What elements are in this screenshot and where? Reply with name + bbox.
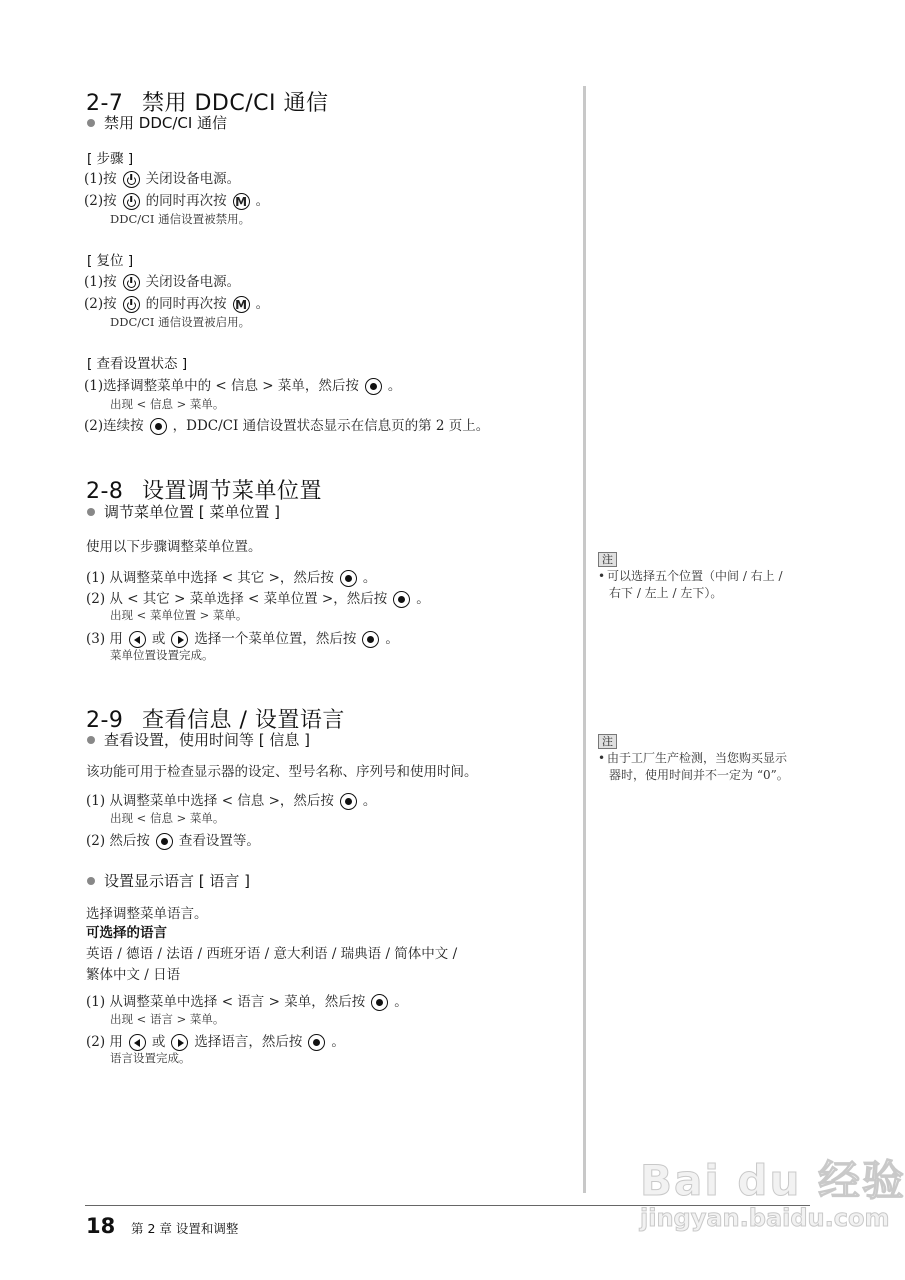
left-button-icon [129,1034,146,1051]
step-suffix: 。 [394,994,408,1010]
enter-button-icon [156,833,173,850]
subheading-language: 设置显示语言 [ 语言 ] [84,870,250,891]
step-text: 的同时再次按 [146,193,227,209]
step-suffix: 。 [331,1034,345,1050]
step-3-sub: 菜单位置设置完成。 [110,647,214,663]
note-line: •由于工厂生产检测，当您购买显示 [598,750,789,767]
step-text: 查看设置等。 [179,833,260,849]
bullet-icon [87,736,95,744]
step-or: 或 [152,631,166,647]
subheading-menu-position: 调节菜单位置 [ 菜单位置 ] [84,501,280,522]
subheading-text: 设置显示语言 [ 语言 ] [104,872,250,890]
subheading-disable-ddcci: 禁用 DDC/CI 通信 [84,112,227,133]
intro-text: 该功能可用于检查显示器的设定、型号名称、序列号和使用时间。 [86,760,478,780]
step-text: (1) 从调整菜单中选择 < 其它 >，然后按 [86,570,334,586]
language-list-line-1: 英语 / 德语 / 法语 / 西班牙语 / 意大利语 / 瑞典语 / 简体中文 … [86,942,457,962]
steps-label: [ 步骤 ] [87,147,133,167]
enter-button-icon [393,591,410,608]
status-step-1: (1)选择调整菜单中的 < 信息 > 菜单，然后按。 [84,374,401,395]
status-step-1-sub: 出现 < 信息 > 菜单。 [110,396,224,412]
page-number: 18 [86,1214,115,1238]
note-tag: 注 [598,552,617,567]
reset-step-1: (1)按关闭设备电源。 [84,270,240,291]
step-or: 或 [152,1034,166,1050]
step-prefix: (2)按 [84,193,117,209]
mode-button-icon: M [233,193,250,210]
step-prefix: (1)按 [84,274,117,290]
step-prefix: (3) 用 [86,631,123,647]
step-3: (3) 用或选择一个菜单位置，然后按。 [86,627,399,648]
subheading-text: 查看设置，使用时间等 [ 信息 ] [104,731,310,749]
power-button-icon [123,171,140,188]
step-2: (2) 从 < 其它 > 菜单选择 < 菜单位置 >，然后按。 [86,587,430,608]
watermark-brand: Bai du 经验 [640,1148,905,1208]
language-step-2: (2) 用或选择语言，然后按。 [86,1030,345,1051]
baidu-watermark: Bai du 经验 jingyan.baidu.com [640,1148,905,1232]
enter-button-icon [362,631,379,648]
language-intro: 选择调整菜单语言。 [86,902,208,922]
enter-button-icon [150,418,167,435]
step-text: ，DDC/CI 通信设置状态显示在信息页的第 2 页上。 [173,418,490,434]
note-text: 右下 / 左上 / 左下）。 [609,586,722,600]
step-suffix: 。 [388,378,402,394]
step-result: DDC/CI 通信设置被禁用。 [110,211,250,227]
reset-step-2: (2)按的同时再次按M。 [84,292,269,313]
step-prefix: (2) 用 [86,1034,123,1050]
step-text: (1) 从调整菜单中选择 < 语言 > 菜单，然后按 [86,994,365,1010]
bullet-icon [87,119,95,127]
step-2: (2) 然后按查看设置等。 [86,829,260,850]
step-text: (2) 从 < 其它 > 菜单选择 < 菜单位置 >，然后按 [86,591,387,607]
intro-text: 使用以下步骤调整菜单位置。 [86,535,262,555]
step-text: 关闭设备电源。 [146,171,241,187]
note-tag: 注 [598,734,617,749]
watermark-url: jingyan.baidu.com [640,1204,905,1232]
step-text: 关闭设备电源。 [146,274,241,290]
step-suffix: 。 [363,570,377,586]
step-2-sub: 出现 < 菜单位置 > 菜单。 [110,607,247,623]
step-prefix: (1)按 [84,171,117,187]
enter-button-icon [365,378,382,395]
step-text: 选择一个菜单位置，然后按 [194,631,356,647]
step-1: (1) 从调整菜单中选择 < 信息 >，然后按。 [86,789,376,810]
subheading-text: 禁用 DDC/CI 通信 [104,114,227,132]
right-button-icon [171,631,188,648]
step-text: 选择语言，然后按 [194,1034,302,1050]
step-prefix: (2)按 [84,296,117,312]
language-step-2-sub: 语言设置完成。 [110,1050,191,1066]
step-text: 的同时再次按 [146,296,227,312]
status-label: [ 查看设置状态 ] [87,352,187,372]
step-suffix: 。 [256,296,270,312]
step-suffix: 。 [385,631,399,647]
power-button-icon [123,193,140,210]
note-text: 可以选择五个位置（中间 / 右上 / [607,569,783,583]
step-suffix: 。 [363,793,377,809]
right-button-icon [171,1034,188,1051]
mode-button-icon: M [233,296,250,313]
column-divider [583,86,586,1193]
step-suffix: 。 [416,591,430,607]
step-suffix: 。 [256,193,270,209]
bullet-icon [87,877,95,885]
step-prefix: (2) 然后按 [86,833,150,849]
step-1: (1) 从调整菜单中选择 < 其它 >，然后按。 [86,566,376,587]
step-2: (2)按的同时再次按M。 [84,189,269,210]
language-step-1: (1) 从调整菜单中选择 < 语言 > 菜单，然后按。 [86,990,408,1011]
note-text: 器时，使用时间并不一定为 “0”。 [609,768,789,782]
note-line: •可以选择五个位置（中间 / 右上 / [598,568,783,585]
step-1: (1)按关闭设备电源。 [84,167,240,188]
note-line: 右下 / 左上 / 左下）。 [598,585,783,602]
enter-button-icon [340,793,357,810]
step-text: (1) 从调整菜单中选择 < 信息 >，然后按 [86,793,334,809]
subheading-text: 调节菜单位置 [ 菜单位置 ] [104,503,280,521]
enter-button-icon [308,1034,325,1051]
enter-button-icon [340,570,357,587]
step-prefix: (2)连续按 [84,418,144,434]
enter-button-icon [371,994,388,1011]
power-button-icon [123,296,140,313]
note-line: 器时，使用时间并不一定为 “0”。 [598,767,789,784]
bullet-icon [87,508,95,516]
language-step-1-sub: 出现 < 语言 > 菜单。 [110,1011,224,1027]
language-list-line-2: 繁体中文 / 日语 [86,963,180,983]
note-menu-position: 注 •可以选择五个位置（中间 / 右上 / 右下 / 左上 / 左下）。 [598,548,783,602]
step-text: (1)选择调整菜单中的 < 信息 > 菜单，然后按 [84,378,359,394]
language-list-label: 可选择的语言 [86,921,167,941]
reset-label: [ 复位 ] [87,249,133,269]
status-step-2: (2)连续按，DDC/CI 通信设置状态显示在信息页的第 2 页上。 [84,414,489,435]
note-usage-time: 注 •由于工厂生产检测，当您购买显示 器时，使用时间并不一定为 “0”。 [598,730,789,784]
power-button-icon [123,274,140,291]
chapter-title: 第 2 章 设置和调整 [131,1219,238,1237]
step-1-sub: 出现 < 信息 > 菜单。 [110,810,224,826]
reset-result: DDC/CI 通信设置被启用。 [110,314,250,330]
left-button-icon [129,631,146,648]
subheading-information: 查看设置，使用时间等 [ 信息 ] [84,729,310,750]
note-text: 由于工厂生产检测，当您购买显示 [607,751,787,765]
